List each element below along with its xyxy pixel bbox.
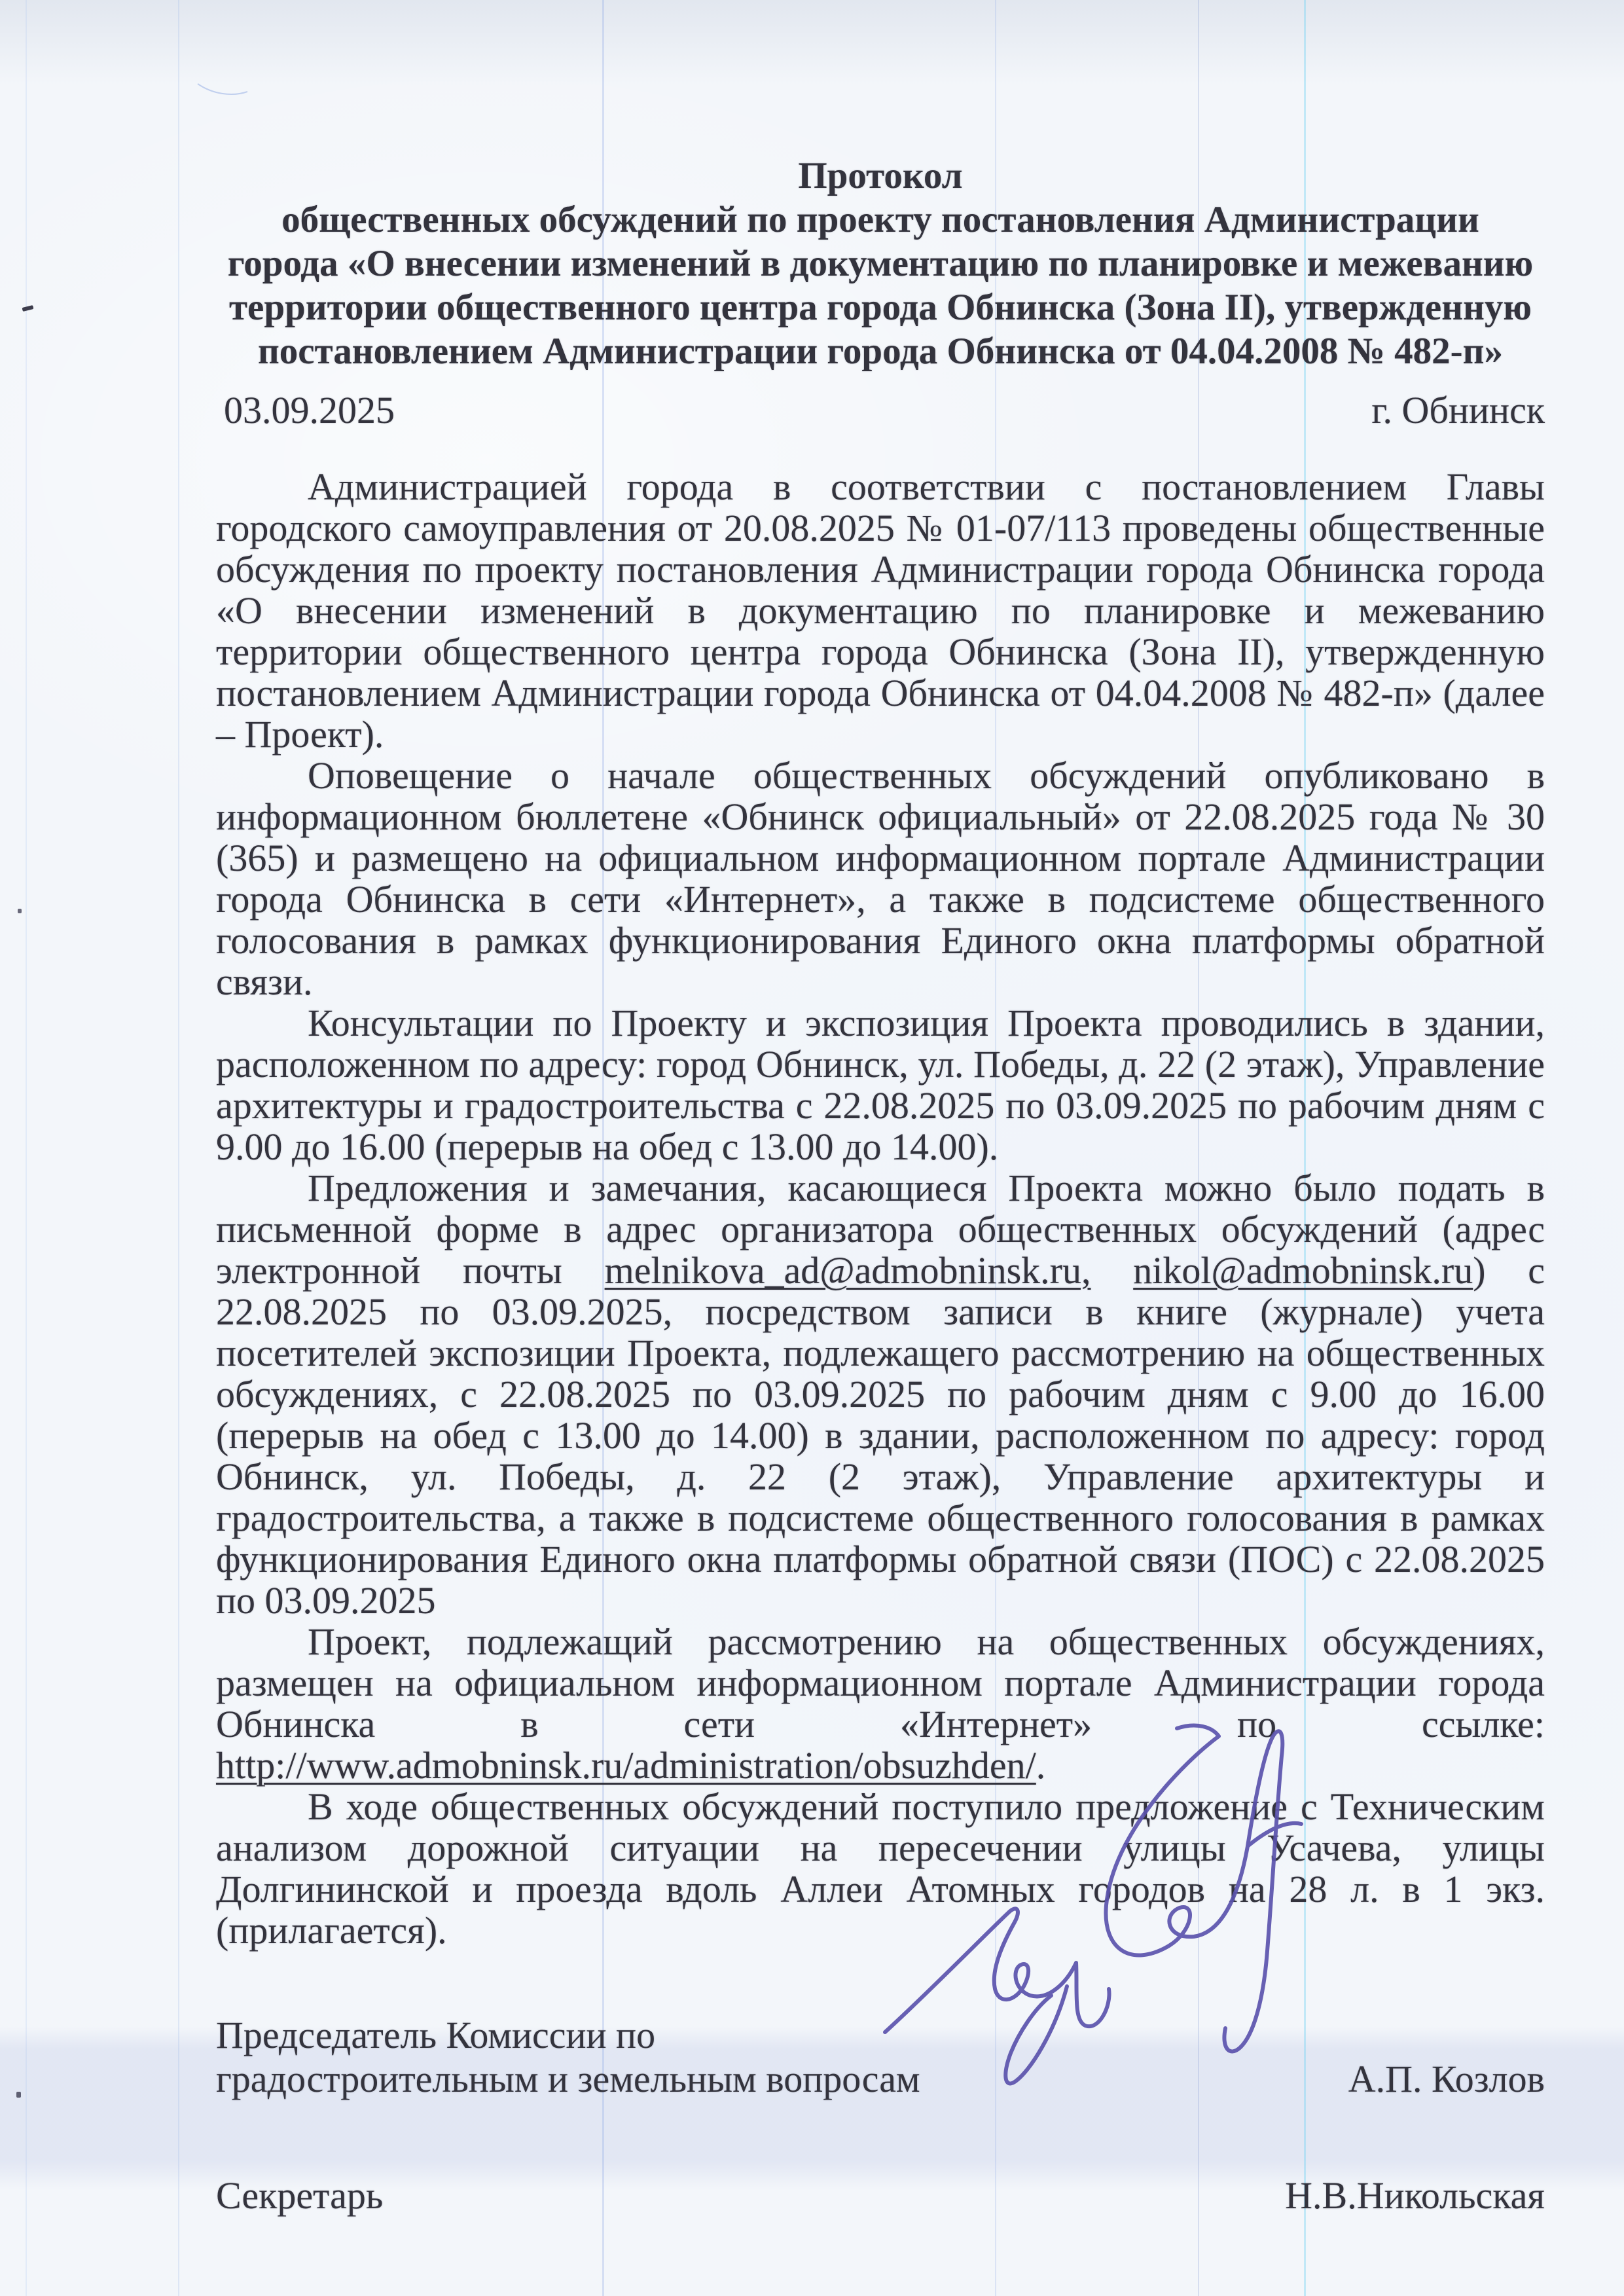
title-line: общественных обсуждений по проекту поста… — [216, 198, 1545, 242]
signature-block: Председатель Комиссии по градостроительн… — [216, 2013, 1545, 2217]
document-date: 03.09.2025 — [216, 390, 395, 431]
paragraph-text: Проект, подлежащий рассмотрению на общес… — [216, 1620, 1545, 1745]
secretary-role: Секретарь — [216, 2174, 383, 2217]
paragraph-consultations: Консультации по Проекту и экспозиция Про… — [216, 1002, 1545, 1167]
url-link-obsuzhden: http://www.admobninsk.ru/administration/… — [216, 1744, 1036, 1787]
document-content: Протокол общественных обсуждений по прое… — [0, 0, 1624, 2296]
separator — [1091, 1249, 1133, 1292]
paragraph-project-link: Проект, подлежащий рассмотрению на общес… — [216, 1621, 1545, 1786]
document-title: Протокол общественных обсуждений по прое… — [216, 154, 1545, 373]
secretary-signature-row: Секретарь Н.В.Никольская — [216, 2174, 1545, 2217]
chairman-role-line: градостроительным и земельным вопросам — [216, 2057, 920, 2101]
scanned-document-page: Протокол общественных обсуждений по прое… — [0, 0, 1624, 2296]
document-place: г. Обнинск — [1371, 390, 1545, 431]
chairman-name: А.П. Козлов — [1348, 2057, 1545, 2101]
paragraph-basis: Администрацией города в соответствии с п… — [216, 466, 1545, 755]
paragraph-text: . — [1036, 1744, 1046, 1787]
title-line: территории общественного центра города О… — [216, 285, 1545, 329]
chairman-role-line: Председатель Комиссии по — [216, 2013, 920, 2057]
title-line: Протокол — [216, 154, 1545, 198]
title-line: постановлением Администрации города Обни… — [216, 329, 1545, 373]
paragraph-text: ) с 22.08.2025 по 03.09.2025, посредство… — [216, 1249, 1545, 1622]
dateline: 03.09.2025 г. Обнинск — [216, 390, 1545, 431]
email-link-nikol: nikol@admobninsk.ru — [1133, 1249, 1473, 1292]
paragraph-received-proposal: В ходе общественных обсуждений поступило… — [216, 1786, 1545, 1951]
secretary-name: Н.В.Никольская — [1285, 2174, 1545, 2217]
chairman-signature-row: Председатель Комиссии по градостроительн… — [216, 2013, 1545, 2101]
paragraph-proposals: Предложения и замечания, касающиеся Прое… — [216, 1167, 1545, 1621]
paragraph-notification: Оповещение о начале общественных обсужде… — [216, 755, 1545, 1002]
chairman-role: Председатель Комиссии по градостроительн… — [216, 2013, 920, 2101]
title-line: города «О внесении изменений в документа… — [216, 242, 1545, 285]
document-body: Администрацией города в соответствии с п… — [216, 466, 1545, 1951]
email-link-melnikova: melnikova_ad@admobninsk.ru, — [605, 1249, 1091, 1292]
